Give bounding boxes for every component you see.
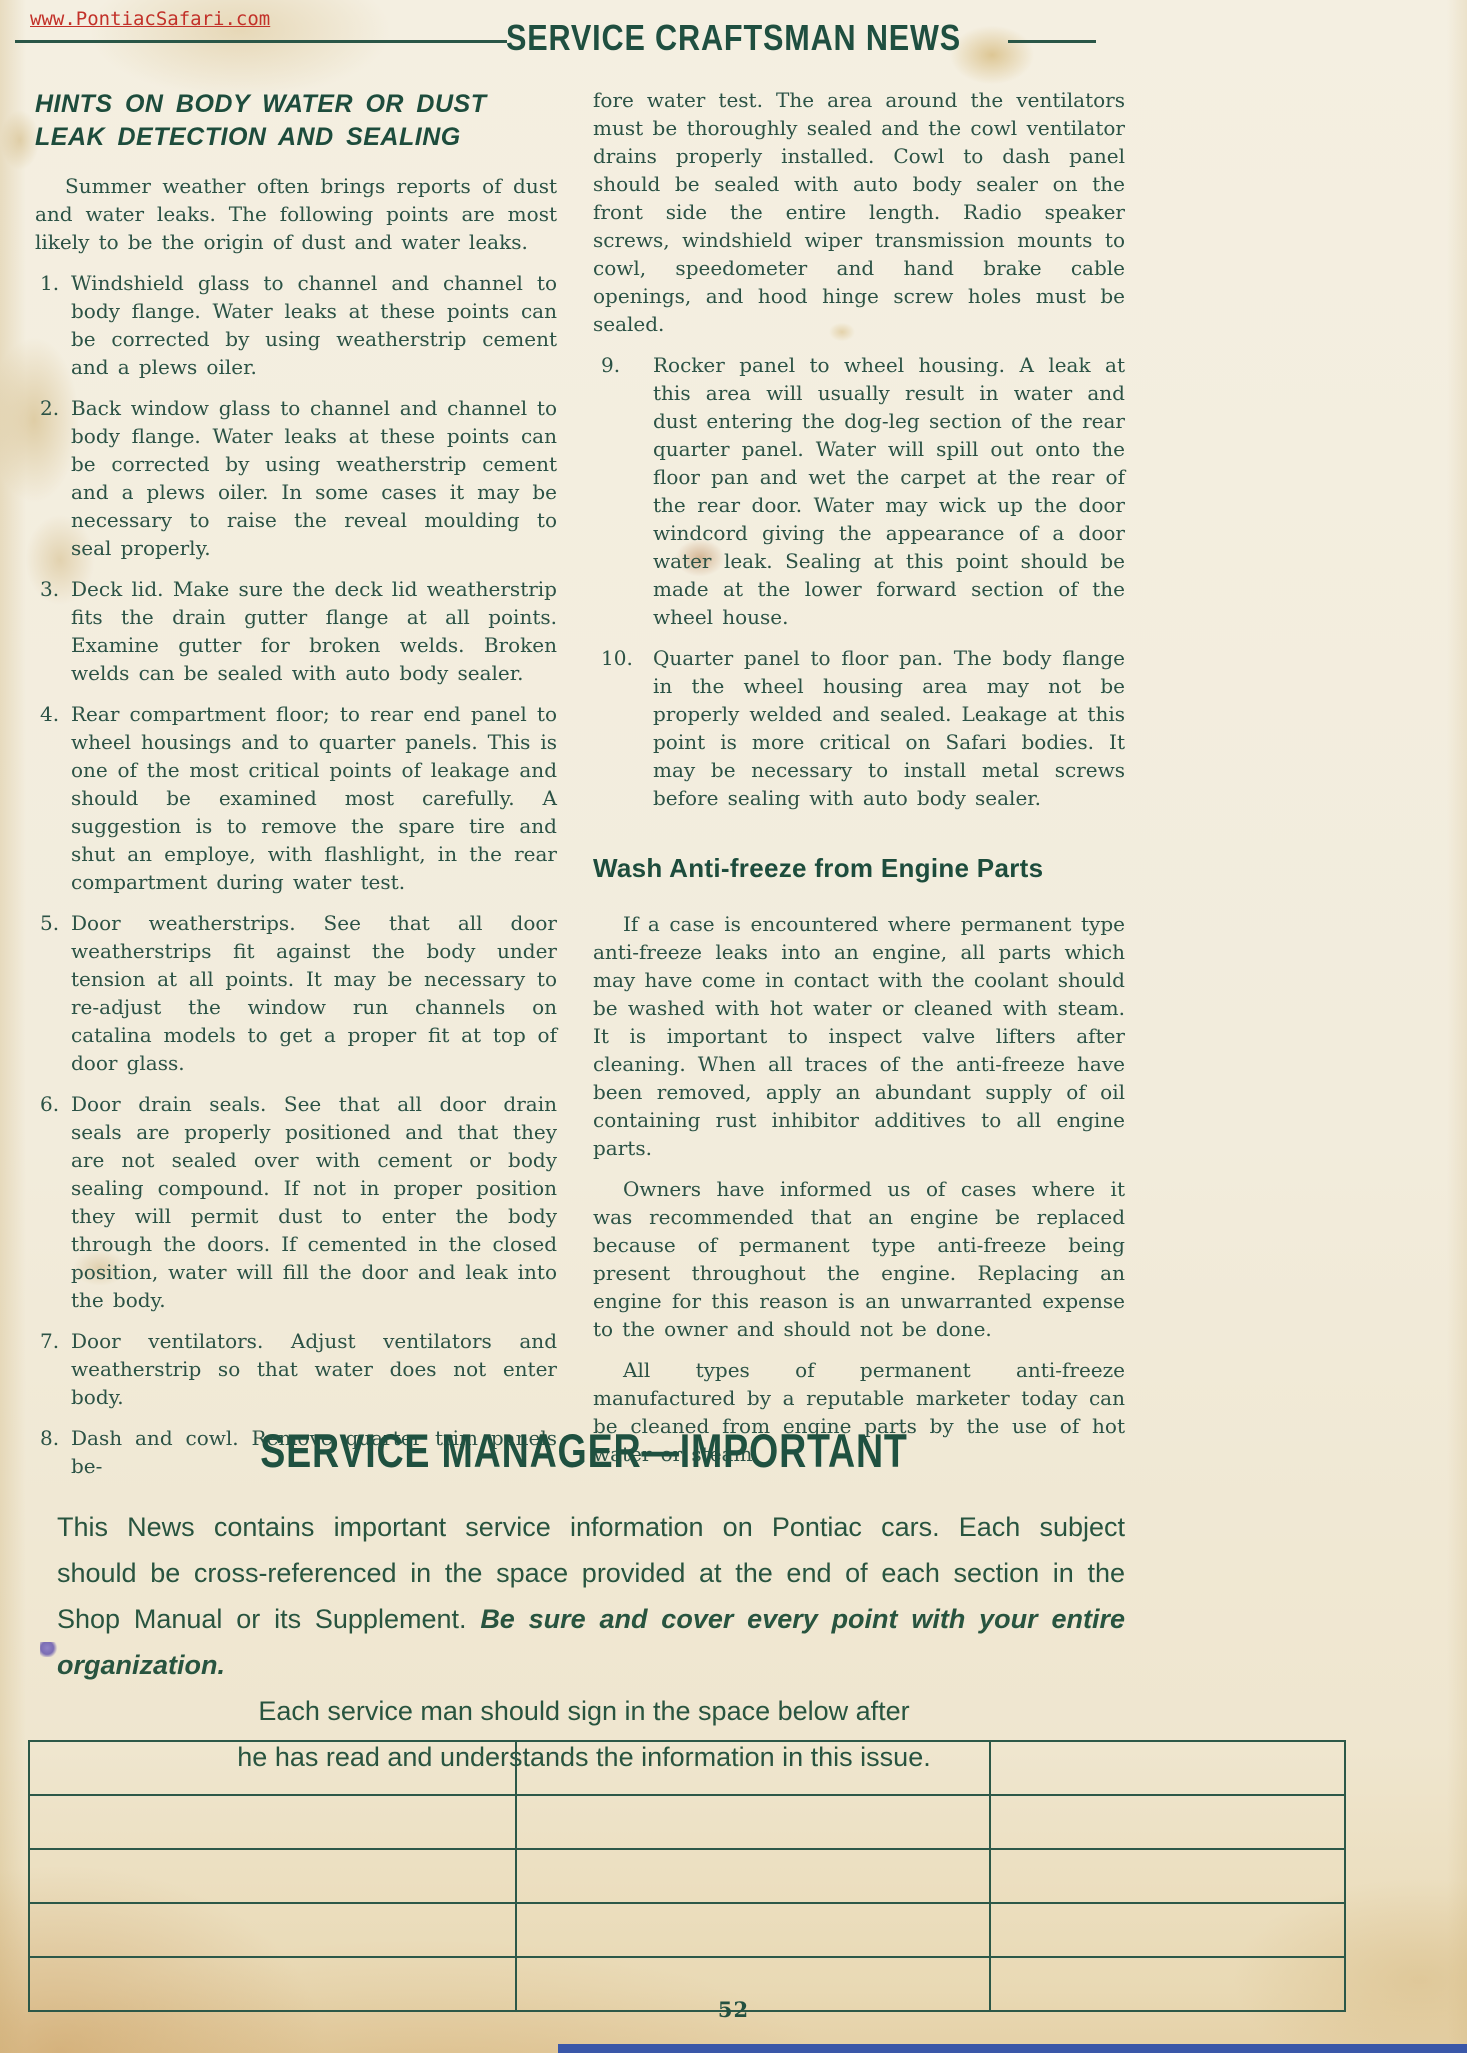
item-text: Door drain seals. See that all door drai… — [71, 1090, 557, 1314]
signature-table — [28, 1740, 1346, 2012]
signature-cell — [29, 1741, 516, 1795]
signature-cell — [29, 1903, 516, 1957]
list-item-6: 6. Door drain seals. See that all door d… — [35, 1090, 557, 1314]
list-item-3: 3. Deck lid. Make sure the deck lid weat… — [35, 575, 557, 687]
signature-cell — [990, 1741, 1345, 1795]
signature-cell — [516, 1741, 990, 1795]
item-number: 5. — [35, 909, 71, 1077]
item-text: Rear compartment floor; to rear end pane… — [71, 700, 557, 896]
signature-cell — [516, 1795, 990, 1849]
list-item-9: 9. Rocker panel to wheel housing. A leak… — [593, 351, 1125, 631]
list-item-1: 1. Windshield glass to channel and chann… — [35, 269, 557, 381]
list-item-5: 5. Door weatherstrips. See that all door… — [35, 909, 557, 1077]
intro-paragraph: Summer weather often brings reports of d… — [35, 172, 557, 256]
manager-sign-line: Each service man should sign in the spac… — [35, 1688, 1133, 1734]
signature-cell — [990, 1795, 1345, 1849]
page-number: 52 — [0, 1998, 1467, 2022]
antifreeze-paragraph-1: If a case is encountered where permanent… — [593, 910, 1125, 1162]
signature-cell — [516, 1849, 990, 1903]
item-text: Deck lid. Make sure the deck lid weather… — [71, 575, 557, 687]
manager-title: SERVICE MANAGER—IMPORTANT — [145, 1424, 1023, 1478]
ink-splotch — [40, 1642, 58, 1657]
article-title-line1: HINTS ON BODY WATER OR DUST — [35, 90, 486, 118]
scan-edge-strip — [558, 2044, 1467, 2053]
item-number: 9. — [593, 351, 653, 631]
item-text: Back window glass to channel and channel… — [71, 394, 557, 562]
signature-cell — [990, 1849, 1345, 1903]
document-page: www.PontiacSafari.com SERVICE CRAFTSMAN … — [0, 0, 1467, 2053]
article-title-line2: LEAK DETECTION AND SEALING — [35, 123, 461, 151]
manager-section: SERVICE MANAGER—IMPORTANT This News cont… — [35, 1424, 1133, 1780]
list-item-7: 7. Door ventilators. Adjust ventilators … — [35, 1327, 557, 1411]
item-number: 10. — [593, 644, 653, 812]
signature-cell — [516, 1903, 990, 1957]
item-number: 1. — [35, 269, 71, 381]
item-text: Door weatherstrips. See that all door we… — [71, 909, 557, 1077]
signature-table-body — [29, 1741, 1345, 2011]
item-number: 3. — [35, 575, 71, 687]
article-title: HINTS ON BODY WATER OR DUST LEAK DETECTI… — [35, 88, 557, 154]
signature-cell — [29, 1849, 516, 1903]
list-item-2: 2. Back window glass to channel and chan… — [35, 394, 557, 562]
masthead-title: SERVICE CRAFTSMAN NEWS — [110, 18, 1357, 58]
list-item-10: 10. Quarter panel to floor pan. The body… — [593, 644, 1125, 812]
signature-cell — [990, 1903, 1345, 1957]
left-column: HINTS ON BODY WATER OR DUST LEAK DETECTI… — [35, 88, 557, 1480]
item-number: 7. — [35, 1327, 71, 1411]
right-column: fore water test. The area around the ven… — [593, 86, 1125, 1481]
item-text: Rocker panel to wheel housing. A leak at… — [653, 351, 1125, 631]
antifreeze-paragraph-2: Owners have informed us of cases where i… — [593, 1175, 1125, 1343]
item-number: 2. — [35, 394, 71, 562]
item-text: Door ventilators. Adjust ventilators and… — [71, 1327, 557, 1411]
masthead-rule-right — [1008, 40, 1096, 43]
list-item-4: 4. Rear compartment floor; to rear end p… — [35, 700, 557, 896]
manager-paragraph: This News contains important service inf… — [35, 1504, 1133, 1688]
antifreeze-section-title: Wash Anti-freeze from Engine Parts — [593, 852, 1125, 884]
item-number: 4. — [35, 700, 71, 896]
item-number: 6. — [35, 1090, 71, 1314]
item8-continuation: fore water test. The area around the ven… — [593, 86, 1125, 338]
signature-cell — [29, 1795, 516, 1849]
item-text: Quarter panel to floor pan. The body fla… — [653, 644, 1125, 812]
item-text: Windshield glass to channel and channel … — [71, 269, 557, 381]
